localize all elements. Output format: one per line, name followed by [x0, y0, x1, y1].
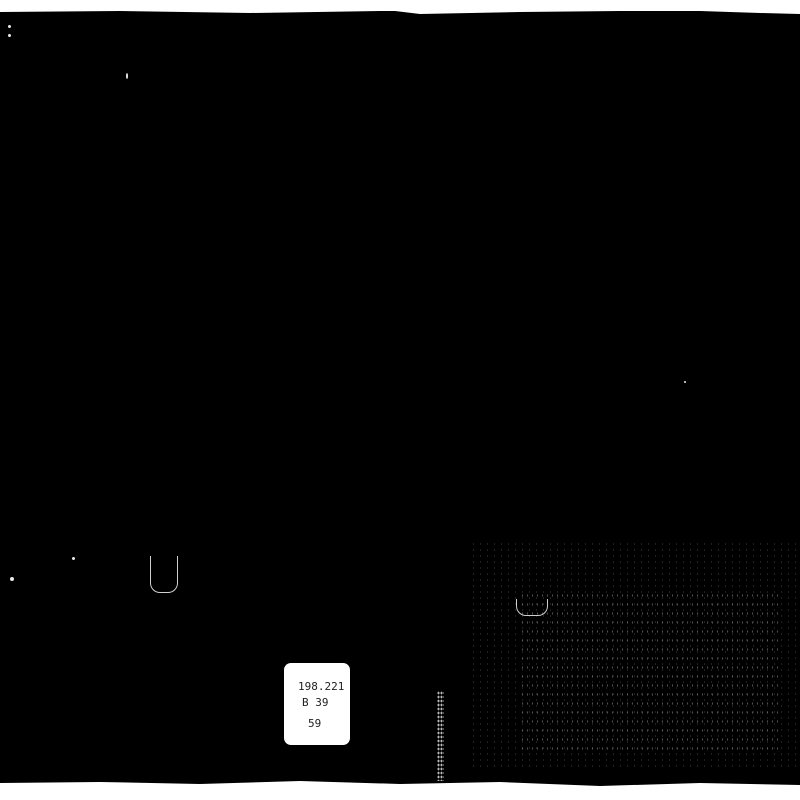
wear-texture-fine — [520, 591, 780, 751]
call-number-line-1: 198.221 — [298, 680, 344, 693]
scratch-mark — [150, 556, 178, 593]
speck — [684, 381, 686, 383]
call-number-line-3: 59 — [308, 717, 321, 730]
book-cover — [0, 11, 800, 791]
call-number-line-2: B 39 — [302, 696, 329, 709]
call-number-label: 198.221 B 39 59 — [284, 663, 350, 745]
speck — [10, 577, 14, 581]
speck — [126, 73, 128, 79]
speck — [8, 34, 11, 37]
scratch-streak — [437, 691, 444, 781]
scratch-mark — [516, 599, 548, 616]
speck — [72, 557, 75, 560]
speck — [8, 25, 11, 28]
